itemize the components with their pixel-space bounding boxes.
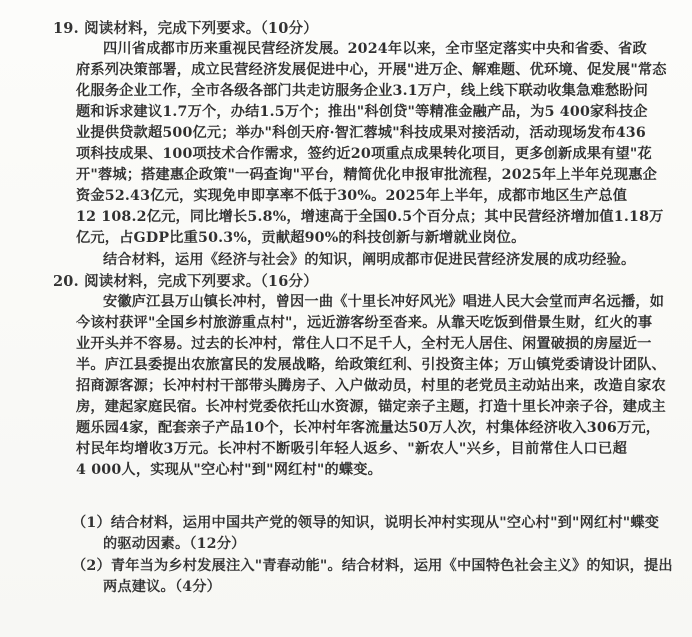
- q19-material-line: 项科技成果、100项技术合作需求，签约近20项重点成果转化项目，更多创新成果有望…: [76, 144, 627, 165]
- q20-material-line: 安徽庐江县万山镇长冲村，曾因一曲《十里长冲好风光》唱进人民大会堂而声名远播，如: [103, 292, 627, 313]
- exam-page: 19. 阅读材料，完成下列要求。（10分） 四川省成都市历来重视民营经济发展。2…: [0, 0, 692, 637]
- q19-material-line: 业提供贷款超500亿元；举办"科创天府·智汇蓉城"科技成果对接活动，活动现场发布…: [76, 123, 627, 144]
- q19-material-line: 化服务企业工作，全市各级各部门共走访服务企业3.1万户，线上线下联动收集急难愁盼…: [76, 81, 627, 102]
- q19-material-line: 12 108.2亿元，同比增长5.8%，增速高于全国0.5个百分点；其中民营经济…: [76, 207, 627, 228]
- q19-material-line: 四川省成都市历来重视民营经济发展。2024年以来，全市坚定落实中央和省委、省政: [103, 39, 627, 60]
- q19-material-line: 亿元，占GDP比重50.3%，贡献超90%的科技创新与新增就业岗位。: [76, 228, 525, 249]
- question-20-sub-1: （1）结合材料，运用中国共产党的领导的知识，说明长冲村实现从"空心村"到"网红村…: [72, 513, 627, 534]
- q19-material-line: 开"蓉城；搭建惠企政策"一码查询"平台，精简优化申报审批流程，2025年上半年兑…: [76, 165, 627, 186]
- q20-material-line: 半。庐江县委提出农旅富民的发展战略，给政策红利、引投资主体；万山镇党委请设计团队…: [76, 355, 627, 376]
- q19-material-line: 资金52.43亿元，实现免申即享率不低于30%。2025年上半年，成都市地区生产…: [76, 186, 627, 207]
- q20-material-line: 房，建起家庭民宿。长冲村党委依托山水资源，锚定亲子主题，打造十里长冲亲子谷，建成…: [76, 397, 627, 418]
- q19-material-line: 题和诉求建议1.7万个，办结1.5万个；推出"科创贷"等精准金融产品，为5 40…: [76, 102, 627, 123]
- q20-material-line: 题乐园4家，配套亲子产品10个，长冲村年客流量达50万人次，村集体经济收入306…: [76, 418, 627, 439]
- q19-material-line: 府系列决策部署，成立民营经济发展促进中心，开展"进万企、解难题、优环境、促发展"…: [76, 60, 627, 81]
- question-19-prompt: 结合材料，运用《经济与社会》的知识，阐明成都市促进民营经济发展的成功经验。: [103, 250, 635, 271]
- q20-material-line: 业开头并不容易。过去的长冲村，常住人口不足千人，全村无人居住、闲置破损的房屋近一: [76, 334, 627, 355]
- q20-material-line: 今该村获评"全国乡村旅游重点村"，远近游客纷至沓来。从靠天吃饭到借景生财，红火的…: [76, 313, 627, 334]
- q20-material-line: 招商源客源；长冲村村干部带头腾房子、入户做动员，村里的老党员主动站出来，改造自家…: [76, 376, 627, 397]
- q20-material-line: 4 000人，实现从"空心村"到"网红村"的蝶变。: [76, 460, 382, 481]
- question-20-sub-2-cont: 两点建议。（4分）: [103, 577, 221, 598]
- question-19-header: 19. 阅读材料，完成下列要求。（10分）: [53, 18, 318, 39]
- question-20-header: 20. 阅读材料，完成下列要求。（16分）: [53, 271, 318, 292]
- question-20-sub-2: （2）青年当为乡村发展注入"青春动能"。结合材料，运用《中国特色社会主义》的知识…: [72, 556, 627, 577]
- question-20-sub-1-cont: 的驱动因素。（12分）: [103, 534, 246, 555]
- q20-material-line: 村民年均增收3万元。长冲村不断吸引年轻人返乡、"新农人"兴乡，目前常住人口已超: [76, 439, 627, 460]
